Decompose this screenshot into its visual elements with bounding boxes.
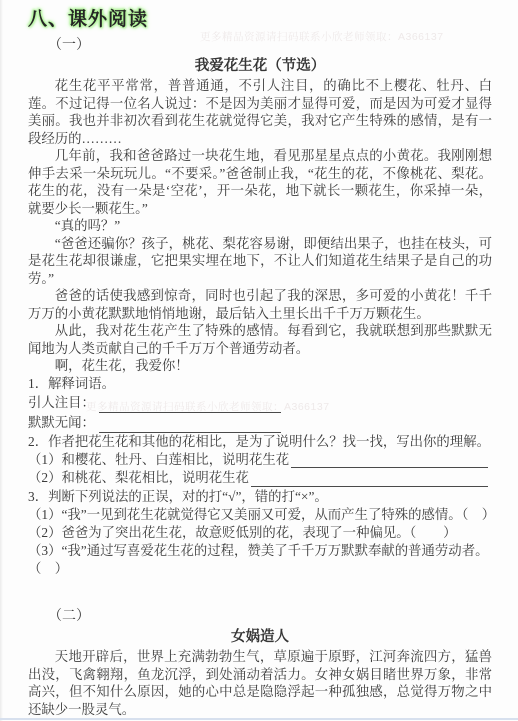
question-2-label: 2．作者把花生花和其他的花相比，是为了说明什么？找一找，写出你的理解。 — [28, 433, 492, 451]
paragraph: 爸爸的话使我感到惊奇，同时也引起了我的深思，多可爱的小黄花！千千万万的小黄花默默… — [28, 287, 492, 322]
part2-marker: （二） — [28, 608, 492, 626]
term-label: 默默无闻： — [28, 413, 95, 433]
paragraph: “真的吗？” — [28, 217, 492, 235]
answer-blank-line — [251, 472, 488, 487]
part1-reading-title: 我爱花生花（节选） — [28, 57, 492, 76]
question-1-term-row: 引人注目： — [28, 393, 492, 413]
judgment-item: （3）“我”通过写喜爱花生花的过程，赞美了千千万万默默奉献的普通劳动者。（ ） — [28, 542, 492, 578]
paragraph: 天地开辟后，世界上充满勃勃生气，草原遍于原野，江河奔流四方，猛兽出没，飞禽翱翔，… — [28, 648, 492, 718]
question-1-term-row: 默默无闻： — [28, 413, 492, 433]
item-stem: （1）和樱花、牡丹、白莲相比，说明花生花 — [28, 451, 289, 470]
question-1: 1．解释词语。 引人注目： 默默无闻： — [28, 375, 492, 433]
paragraph: 啊，花生花，我爱你！ — [28, 357, 492, 375]
answer-blank-line — [291, 453, 488, 468]
judgment-item: （1）“我”一见到花生花就觉得它又美丽又可爱，从而产生了特殊的感情。（ ） — [28, 506, 492, 524]
item-stem: （2）和桃花、梨花相比，说明花生花 — [28, 469, 249, 488]
section-header: 八、课外阅读 — [28, 8, 492, 32]
part1-marker: （一） — [28, 37, 492, 55]
paragraph: 从此，我对花生花产生了特殊的感情。每看到它，我就联想到那些默默无闻地为人类贡献自… — [28, 322, 492, 357]
paragraph: 几年前，我和爸爸路过一块花生地，看见那星星点点的小黄花。我刚刚想伸手去采一朵玩玩… — [28, 147, 492, 217]
question-2-item-row: （2）和桃花、梨花相比，说明花生花 — [28, 469, 492, 488]
question-2: 2．作者把花生花和其他的花相比，是为了说明什么？找一找，写出你的理解。 （1）和… — [28, 433, 492, 488]
term-label: 引人注目： — [28, 393, 95, 413]
judgment-item: （2）爸爸为了突出花生花，故意贬低别的花，表现了一种偏见。（ ） — [28, 524, 492, 542]
paragraph: “爸爸还骗你？孩子，桃花、梨花容易谢，即便结出果子，也挂在枝头，可是花生花却很谦… — [28, 235, 492, 288]
answer-blank-line — [99, 397, 281, 413]
part2-reading-passage: 天地开辟后，世界上充满勃勃生气，草原遍于原野，江河奔流四方，猛兽出没，飞禽翱翔，… — [28, 648, 492, 718]
part1-reading-passage: 花生花平平常常，普普通通，不引人注目，的确比不上樱花、牡丹、白莲。不过记得一位名… — [28, 77, 492, 375]
question-1-label: 1．解释词语。 — [28, 375, 492, 393]
paragraph: 花生花平平常常，普普通通，不引人注目，的确比不上樱花、牡丹、白莲。不过记得一位名… — [28, 77, 492, 147]
part2-reading-title: 女娲造人 — [28, 628, 492, 647]
section-gap — [28, 578, 492, 603]
question-3-label: 3．判断下列说法的正误，对的打“√”，错的打“×”。 — [28, 488, 492, 506]
answer-blank-line — [99, 417, 281, 433]
worksheet-page: 更多精品资源请扫码联系小欣老师领取：A366137 更多精品资源请扫码联系小欣老… — [0, 0, 518, 721]
question-2-item-row: （1）和樱花、牡丹、白莲相比，说明花生花 — [28, 451, 492, 470]
question-3: 3．判断下列说法的正误，对的打“√”，错的打“×”。 （1）“我”一见到花生花就… — [28, 488, 492, 579]
